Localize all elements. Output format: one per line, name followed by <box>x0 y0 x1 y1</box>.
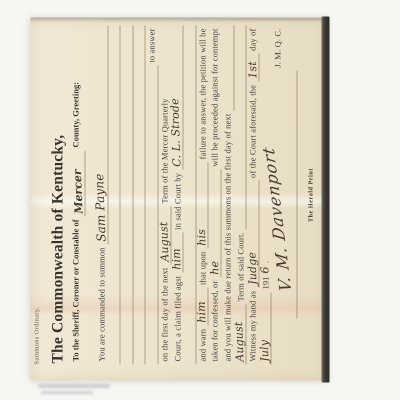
signature-line: V. M. Davenport J. M. Q. C. <box>271 25 297 364</box>
warn-mid: that upon <box>196 248 209 287</box>
warn-line: and warn him that upon his failure to an… <box>196 25 209 364</box>
date-post: . <box>259 257 272 265</box>
handwritten-term-month: August <box>156 221 170 262</box>
printer-imprint: The Herald Print <box>308 25 314 364</box>
date-month-blank: July <box>259 292 272 364</box>
confessed-line: taken for confessed, or he will be proce… <box>208 25 221 364</box>
photo-of-summons-document: Summons Ordinary. The Commonwealth of Ke… <box>0 0 400 400</box>
handwritten-warn-pronoun: him <box>195 301 209 323</box>
witness-title-blank: Judge <box>246 180 259 287</box>
handwritten-judge-title: Judge <box>245 252 259 285</box>
warn-possessive-blank: his <box>196 162 209 248</box>
blank-rule <box>183 25 196 364</box>
witness-day-blank: 1st <box>246 53 259 81</box>
term2-month-blank: August <box>234 304 247 364</box>
warn-post: failure to answer, the petition will be <box>196 25 209 162</box>
confessed-pronoun-blank: he <box>208 169 221 277</box>
claim-mid: in said Court by <box>171 169 184 232</box>
ruled-blank-line <box>133 25 146 364</box>
form-type-label: Summons Ordinary. <box>33 25 40 364</box>
commonwealth-heading: The Commonwealth of Kentucky, <box>49 25 67 363</box>
plaintiff-blank: C. L. Strode <box>171 25 184 169</box>
blank-rule <box>133 25 146 364</box>
term-pre: on the first day of the next <box>158 264 171 364</box>
handwritten-claim-pronoun: him <box>169 248 183 270</box>
address-line: To the Sheriff, Coroner or Constable of … <box>69 25 85 364</box>
term2-line: August Term of said Court. <box>234 25 247 364</box>
term2-post: Term of said Court. <box>234 229 247 304</box>
warn-pre: and warn <box>196 325 209 364</box>
summon-pre: You are commanded to summon <box>95 244 108 364</box>
confessed-pre: taken for confessed, or <box>208 277 221 364</box>
witness-mid: of the Court aforesaid, the <box>246 81 259 180</box>
address-post: County, Greeting: <box>69 78 82 149</box>
handwritten-plaintiff: C. L. Strode <box>168 98 183 167</box>
answer-post: to answer <box>145 25 158 65</box>
paper-edge-shadow <box>30 17 327 22</box>
return-line: and you will make due return of this sum… <box>221 25 234 364</box>
signature-blank: V. M. Davenport <box>271 70 297 318</box>
paper-bottom-edge-bar <box>321 16 329 382</box>
county-blank: Mercer <box>69 150 85 216</box>
defendant-blank: Sam Payne <box>95 25 108 244</box>
signature-title: J. M. Q. C. <box>271 25 284 70</box>
form-rows: You are commanded to summon Sam Payne to… <box>95 25 297 364</box>
term-month-blank: August <box>158 206 171 264</box>
blank-rule <box>145 65 158 364</box>
witness-pre: Witness my hand as <box>246 287 259 364</box>
address-pre: To the Sheriff, Coroner or Constable of <box>69 216 82 364</box>
blank-rule <box>120 25 133 364</box>
blank-rule <box>108 25 121 364</box>
claim-line: Court, a claim filed agst him in said Co… <box>171 25 184 364</box>
ruled-blank-line <box>183 25 196 364</box>
witness-line: Witness my hand as Judge of the Court af… <box>246 25 259 364</box>
answer-line: to answer <box>145 25 158 364</box>
show-through-mark <box>38 384 110 388</box>
handwritten-year-digit: 6 <box>261 265 269 273</box>
ruled-blank-line <box>120 25 133 364</box>
claim-pre: Court, a claim filed agst <box>171 272 184 364</box>
summons-paper: Summons Ordinary. The Commonwealth of Ke… <box>30 18 327 380</box>
ruled-blank-line <box>108 25 121 364</box>
confessed-post: will be proceeded against for contempt <box>208 25 221 169</box>
blank-rule <box>221 25 234 110</box>
handwritten-confessed-pronoun: he <box>207 260 220 274</box>
claim-pronoun-blank: him <box>171 232 184 272</box>
summon-line: You are commanded to summon Sam Payne <box>95 25 108 364</box>
handwritten-county: Mercer <box>70 168 85 213</box>
handwritten-date-month: July <box>258 339 272 361</box>
handwritten-term2-month: August <box>232 321 246 362</box>
witness-post: day of <box>246 25 259 53</box>
handwritten-day: 1st <box>245 61 259 79</box>
form-content: Summons Ordinary. The Commonwealth of Ke… <box>33 25 314 364</box>
blank-rule <box>234 25 247 229</box>
term-line: on the first day of the next August Term… <box>158 25 171 364</box>
year-printed: 191 <box>259 273 272 292</box>
handwritten-warn-possessive: his <box>195 228 209 245</box>
warn-pronoun-blank: him <box>196 287 209 325</box>
show-through-mark <box>41 391 93 394</box>
handwritten-defendant: Sam Payne <box>91 173 107 242</box>
